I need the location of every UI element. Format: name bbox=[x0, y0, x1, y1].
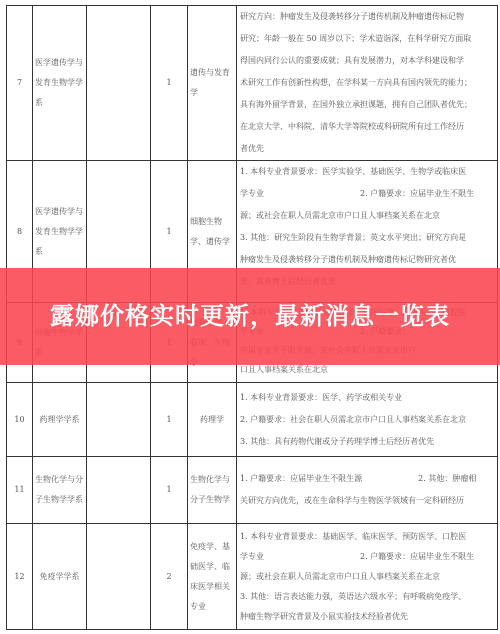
department-cell: 药理学学系 bbox=[33, 383, 87, 457]
requirement-line: 源；或社会在职人员需北京市户口且人事档案关系在北京 bbox=[240, 205, 495, 227]
requirement-line: 术研究工作有创新性构想，在学科某一方向具有国内领先的能力； bbox=[240, 72, 495, 94]
field-cell: 生物化学与分子生物学 bbox=[188, 457, 237, 524]
requirement-line: 1. 本科专业背景要求：医学、药学或相关专业 bbox=[240, 387, 495, 409]
requirement-line: 得国内同行公认的重要成就；具有发展潜力，对本学科建设和学 bbox=[240, 50, 495, 72]
requirement-line: 研究方向：肿瘤发生及侵袭转移分子遗传机制及肿瘤遗传标记物 bbox=[240, 6, 495, 28]
headcount-cell: 1 bbox=[151, 457, 188, 524]
requirement-line: 具有海外留学背景，在国外独立承担课题，拥有自己团队者优先； bbox=[240, 94, 495, 116]
blank-cell bbox=[87, 6, 151, 161]
department-cell: 生物化学与分子生物学学系 bbox=[33, 457, 87, 524]
row-number: 11 bbox=[7, 457, 33, 524]
field-cell: 遗传与发育学 bbox=[188, 6, 237, 161]
requirement-line: 学专业 2. 户籍要求：应届毕业生不限生 bbox=[240, 183, 495, 205]
row-number: 10 bbox=[7, 383, 33, 457]
blank-cell bbox=[87, 383, 151, 457]
blank-cell bbox=[87, 524, 151, 630]
table-row: 7 医学遗传学与发育生物学学系 1 遗传与发育学 研究方向：肿瘤发生及侵袭转移分… bbox=[7, 6, 498, 161]
requirement-line: 研究；年龄一般在 50 周岁以下；学术造诣深，在科学研究方面取 bbox=[240, 28, 495, 50]
headcount-cell: 2 bbox=[151, 524, 188, 630]
blank-cell bbox=[87, 457, 151, 524]
department-cell: 医学遗传学与发育生物学学系 bbox=[33, 6, 87, 161]
headcount-cell: 1 bbox=[151, 383, 188, 457]
requirement-line: 3. 其他：语言表达能力强，英语达六级水平；有呼吸病免疫学、 bbox=[240, 587, 495, 607]
row-number: 12 bbox=[7, 524, 33, 630]
requirement-line: 在北京大学、中科院、清华大学等院校或科研院所有过工作经历 bbox=[240, 116, 495, 138]
field-cell: 药理学 bbox=[188, 383, 237, 457]
requirement-line: 肿瘤生物学研究背景及小鼠实验技术经验者优先 bbox=[240, 607, 495, 627]
requirement-line: 3. 其他：具有药物代谢或分子药理学博士后经历者优先 bbox=[240, 431, 495, 453]
requirement-line: 1. 本科专业背景要求：医学实验学、基础医学、生物学或临床医 bbox=[240, 161, 495, 183]
headcount-cell: 1 bbox=[151, 6, 188, 161]
table-row: 11 生物化学与分子生物学学系 1 生物化学与分子生物学 1. 户籍要求：应届毕… bbox=[7, 457, 498, 524]
requirements-cell: 研究方向：肿瘤发生及侵袭转移分子遗传机制及肿瘤遗传标记物 研究；年龄一般在 50… bbox=[237, 6, 498, 161]
document-page: 7 医学遗传学与发育生物学学系 1 遗传与发育学 研究方向：肿瘤发生及侵袭转移分… bbox=[0, 0, 500, 634]
requirements-cell: 1. 本科专业背景要求：医学、药学或相关专业 2. 户籍要求：社会在职人员需北京… bbox=[237, 383, 498, 457]
requirement-line: 2. 户籍要求：社会在职人员需北京市户口且人事档案关系在北京 bbox=[240, 409, 495, 431]
requirement-line: 源；或社会在职人员需北京市户口且人事档案关系在北京 bbox=[240, 567, 495, 587]
requirement-line: 1. 户籍要求：应届毕业生不限生源 2. 其他：肿瘤相 bbox=[240, 468, 495, 490]
row-number: 7 bbox=[7, 6, 33, 161]
table-row: 10 药理学学系 1 药理学 1. 本科专业背景要求：医学、药学或相关专业 2.… bbox=[7, 383, 498, 457]
banner-title: 露娜价格实时更新，最新消息一览表 bbox=[50, 300, 450, 333]
field-cell: 免疫学、基础医学、临床医学相关专业 bbox=[188, 524, 237, 630]
requirements-cell: 1. 本科专业背景要求：基础医学、临床医学、预防医学、口腔医 学专业 2. 户籍… bbox=[237, 524, 498, 630]
requirement-line: 者优先 bbox=[240, 138, 495, 160]
requirement-line: 1. 本科专业背景要求：基础医学、临床医学、预防医学、口腔医 bbox=[240, 527, 495, 547]
title-banner: 露娜价格实时更新，最新消息一览表 bbox=[0, 268, 500, 365]
table-row: 12 免疫学学系 2 免疫学、基础医学、临床医学相关专业 1. 本科专业背景要求… bbox=[7, 524, 498, 630]
requirement-line: 学专业 2. 户籍要求：应届毕业生不限生 bbox=[240, 547, 495, 567]
requirement-line: 3. 其他：研究生阶段有生物学背景；英文水平突出；研究方向是 bbox=[240, 227, 495, 249]
department-cell: 免疫学学系 bbox=[33, 524, 87, 630]
requirement-line: 关研究方向优先，或在生命科学与生物医学领域有一定科研经历 bbox=[240, 490, 495, 512]
requirements-cell: 1. 户籍要求：应届毕业生不限生源 2. 其他：肿瘤相 关研究方向优先，或在生命… bbox=[237, 457, 498, 524]
